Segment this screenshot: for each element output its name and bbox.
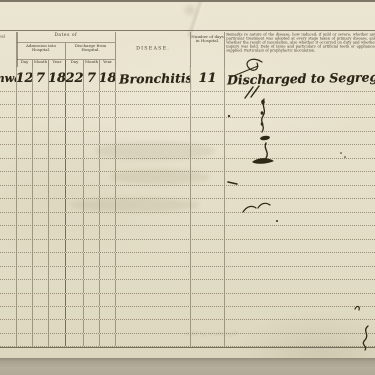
cell-discharge-year bbox=[100, 334, 116, 346]
cell-discharge-day bbox=[66, 172, 84, 184]
cell-discharge-year bbox=[100, 226, 116, 238]
header-discharge-month: Month bbox=[84, 60, 100, 67]
cell-days bbox=[191, 213, 225, 225]
cell-admission-year bbox=[49, 334, 66, 346]
cell-admission-year bbox=[49, 294, 66, 306]
cell-arrival: mwa bbox=[0, 67, 17, 91]
cell-arrival bbox=[0, 159, 17, 171]
cell-admission-day bbox=[17, 213, 33, 225]
cell-remarks bbox=[225, 145, 375, 157]
cell-admission-day bbox=[17, 280, 33, 292]
table-row bbox=[0, 294, 375, 307]
cell-days bbox=[191, 280, 225, 292]
cell-remarks bbox=[225, 199, 375, 211]
cell-admission-month bbox=[33, 226, 49, 238]
cell-admission-month bbox=[33, 199, 49, 211]
cell-admission-year bbox=[49, 320, 66, 332]
cell-discharge-day bbox=[66, 307, 84, 319]
cell-disease bbox=[116, 213, 191, 225]
cell-disease bbox=[116, 226, 191, 238]
header-discharge-year: Year bbox=[100, 60, 116, 67]
cell-discharge-day bbox=[66, 159, 84, 171]
cell-arrival bbox=[0, 213, 17, 225]
cell-remarks bbox=[225, 267, 375, 279]
cell-admission-month bbox=[33, 92, 49, 104]
table-row bbox=[0, 105, 375, 118]
cell-admission-month: 7 bbox=[33, 67, 49, 91]
cell-discharge-year bbox=[100, 213, 116, 225]
cell-admission-day bbox=[17, 159, 33, 171]
cell-admission-year bbox=[49, 172, 66, 184]
cell-discharge-month bbox=[84, 159, 100, 171]
cell-disease bbox=[116, 118, 191, 130]
cell-discharge-day bbox=[66, 92, 84, 104]
cell-discharge-month bbox=[84, 240, 100, 252]
cell-remarks bbox=[225, 186, 375, 198]
header-admission-day: Day bbox=[17, 60, 33, 67]
table-row bbox=[0, 186, 375, 199]
cell-days bbox=[191, 105, 225, 117]
cell-days bbox=[191, 294, 225, 306]
cell-days bbox=[191, 92, 225, 104]
cell-admission-month bbox=[33, 213, 49, 225]
cell-discharge-month bbox=[84, 307, 100, 319]
cell-remarks bbox=[225, 105, 375, 117]
cell-admission-day bbox=[17, 186, 33, 198]
cell-remarks bbox=[225, 159, 375, 171]
cell-discharge-day bbox=[66, 320, 84, 332]
header-admission-year: Year bbox=[49, 60, 66, 67]
cell-arrival bbox=[0, 105, 17, 117]
cell-arrival bbox=[0, 294, 17, 306]
cell-admission-day bbox=[17, 334, 33, 346]
bleedthrough-blob bbox=[95, 142, 215, 160]
cell-discharge-year bbox=[100, 240, 116, 252]
cell-discharge-year bbox=[100, 253, 116, 265]
cell-days bbox=[191, 132, 225, 144]
cell-remarks bbox=[225, 132, 375, 144]
cell-admission-month bbox=[33, 240, 49, 252]
cell-days bbox=[191, 253, 225, 265]
cell-arrival bbox=[0, 267, 17, 279]
cell-arrival bbox=[0, 118, 17, 130]
cell-admission-month bbox=[33, 334, 49, 346]
cell-admission-day bbox=[17, 118, 33, 130]
cell-discharge-day bbox=[66, 280, 84, 292]
cell-admission-year bbox=[49, 145, 66, 157]
cell-admission-month bbox=[33, 132, 49, 144]
cell-days bbox=[191, 226, 225, 238]
header-dates-of: Dates of bbox=[17, 32, 116, 43]
cell-days: 11 bbox=[191, 67, 225, 91]
cell-admission-year bbox=[49, 267, 66, 279]
cell-arrival bbox=[0, 320, 17, 332]
table-row bbox=[0, 253, 375, 266]
register-paper: Arrival the ion. Dates of Admission into… bbox=[0, 2, 375, 358]
cell-discharge-day bbox=[66, 186, 84, 198]
table-row bbox=[0, 213, 375, 226]
cell-admission-year bbox=[49, 92, 66, 104]
bleedthrough-signature-text: Signature of Man bbox=[178, 331, 238, 338]
cell-admission-day bbox=[17, 145, 33, 157]
cell-remarks bbox=[225, 334, 375, 346]
cell-discharge-month: 7 bbox=[84, 67, 100, 91]
table-row bbox=[0, 118, 375, 131]
cell-admission-day bbox=[17, 253, 33, 265]
cell-disease bbox=[116, 307, 191, 319]
cell-arrival bbox=[0, 92, 17, 104]
cell-discharge-month bbox=[84, 320, 100, 332]
cell-remarks bbox=[225, 92, 375, 104]
cell-discharge-day: 22 bbox=[66, 67, 84, 91]
cell-arrival bbox=[0, 240, 17, 252]
cell-disease bbox=[116, 105, 191, 117]
cell-remarks bbox=[225, 320, 375, 332]
cell-discharge-year bbox=[100, 294, 116, 306]
cell-admission-month bbox=[33, 145, 49, 157]
cell-discharge-year bbox=[100, 159, 116, 171]
cell-discharge-day bbox=[66, 267, 84, 279]
cell-discharge-month bbox=[84, 118, 100, 130]
cell-admission-day bbox=[17, 226, 33, 238]
cell-discharge-year bbox=[100, 320, 116, 332]
cell-admission-day bbox=[17, 105, 33, 117]
cell-arrival bbox=[0, 334, 17, 346]
cell-discharge-month bbox=[84, 280, 100, 292]
table-row bbox=[0, 92, 375, 105]
cell-admission-year bbox=[49, 105, 66, 117]
cell-admission-year bbox=[49, 240, 66, 252]
cell-discharge-day bbox=[66, 213, 84, 225]
table-row bbox=[0, 307, 375, 320]
cell-remarks bbox=[225, 240, 375, 252]
cell-discharge-month bbox=[84, 132, 100, 144]
cell-admission-month bbox=[33, 172, 49, 184]
cell-discharge-day bbox=[66, 253, 84, 265]
cell-remarks bbox=[225, 226, 375, 238]
cell-days bbox=[191, 267, 225, 279]
cell-discharge-month bbox=[84, 253, 100, 265]
cell-discharge-month bbox=[84, 92, 100, 104]
bleedthrough-blob bbox=[110, 170, 210, 184]
cell-admission-month bbox=[33, 267, 49, 279]
cell-discharge-month bbox=[84, 226, 100, 238]
cell-discharge-month bbox=[84, 172, 100, 184]
cell-admission-month bbox=[33, 253, 49, 265]
table-row: mwa 12 7 18 22 7 18 Bronchitis 11 Discha… bbox=[0, 67, 375, 92]
cell-remarks bbox=[225, 294, 375, 306]
cell-discharge-day bbox=[66, 145, 84, 157]
cell-admission-year: 18 bbox=[49, 67, 66, 91]
cell-disease bbox=[116, 240, 191, 252]
document-photo: Arrival the ion. Dates of Admission into… bbox=[0, 0, 375, 375]
cell-discharge-day bbox=[66, 294, 84, 306]
cell-arrival bbox=[0, 199, 17, 211]
cell-days bbox=[191, 186, 225, 198]
table-bottom-border bbox=[0, 347, 375, 349]
cell-days bbox=[191, 240, 225, 252]
photo-bottom-edge bbox=[0, 358, 375, 375]
cell-arrival bbox=[0, 280, 17, 292]
cell-discharge-day bbox=[66, 118, 84, 130]
cell-disease bbox=[116, 280, 191, 292]
cell-arrival bbox=[0, 253, 17, 265]
cell-discharge-day bbox=[66, 240, 84, 252]
cell-disease bbox=[116, 267, 191, 279]
register-table: Arrival the ion. Dates of Admission into… bbox=[0, 30, 375, 348]
cell-discharge-year bbox=[100, 132, 116, 144]
cell-remarks bbox=[225, 307, 375, 319]
table-row bbox=[0, 240, 375, 253]
paper-crease-smudge bbox=[182, 2, 198, 18]
cell-discharge-month bbox=[84, 213, 100, 225]
cell-discharge-year bbox=[100, 118, 116, 130]
cell-admission-month bbox=[33, 159, 49, 171]
header-remarks: Remarks re nature of the disease; how in… bbox=[225, 32, 375, 67]
cell-discharge-day bbox=[66, 132, 84, 144]
cell-arrival bbox=[0, 145, 17, 157]
header-admission: Admission into Hospital. bbox=[17, 43, 66, 60]
cell-disease bbox=[116, 294, 191, 306]
cell-discharge-year bbox=[100, 307, 116, 319]
header-disease: DISEASE. bbox=[116, 32, 191, 67]
header-discharge-day: Day bbox=[66, 60, 84, 67]
cell-disease: Bronchitis bbox=[116, 66, 191, 91]
cell-remarks bbox=[225, 118, 375, 130]
cell-remarks: Discharged to Segregation Camp bbox=[225, 65, 375, 92]
cell-admission-year bbox=[49, 213, 66, 225]
cell-disease bbox=[116, 186, 191, 198]
bleedthrough-blob bbox=[70, 198, 200, 212]
cell-admission-year bbox=[49, 280, 66, 292]
cell-days bbox=[191, 307, 225, 319]
cell-remarks bbox=[225, 280, 375, 292]
cell-arrival bbox=[0, 186, 17, 198]
cell-admission-month bbox=[33, 294, 49, 306]
cell-admission-year bbox=[49, 199, 66, 211]
cell-admission-day bbox=[17, 172, 33, 184]
cell-discharge-month bbox=[84, 186, 100, 198]
cell-admission-day bbox=[17, 240, 33, 252]
table-row bbox=[0, 226, 375, 239]
cell-discharge-year bbox=[100, 105, 116, 117]
cell-arrival bbox=[0, 172, 17, 184]
cell-disease bbox=[116, 92, 191, 104]
cell-admission-year bbox=[49, 118, 66, 130]
cell-days bbox=[191, 159, 225, 171]
table-row bbox=[0, 267, 375, 280]
cell-discharge-month bbox=[84, 334, 100, 346]
header-arrival-line1: Arrival bbox=[0, 34, 5, 39]
cell-admission-day bbox=[17, 199, 33, 211]
cell-discharge-year: 18 bbox=[100, 67, 116, 91]
cell-discharge-year bbox=[100, 186, 116, 198]
cell-admission-year bbox=[49, 186, 66, 198]
cell-remarks bbox=[225, 253, 375, 265]
cell-admission-month bbox=[33, 118, 49, 130]
cell-arrival bbox=[0, 307, 17, 319]
cell-admission-month bbox=[33, 280, 49, 292]
cell-admission-day: 12 bbox=[17, 67, 33, 91]
cell-disease bbox=[116, 253, 191, 265]
cell-admission-month bbox=[33, 320, 49, 332]
cell-discharge-day bbox=[66, 226, 84, 238]
cell-admission-day bbox=[17, 307, 33, 319]
header-arrival-column: Arrival the ion. bbox=[0, 32, 17, 67]
cell-admission-year bbox=[49, 307, 66, 319]
cell-admission-day bbox=[17, 294, 33, 306]
cell-discharge-year bbox=[100, 92, 116, 104]
table-row bbox=[0, 280, 375, 293]
cell-admission-month bbox=[33, 307, 49, 319]
cell-admission-day bbox=[17, 132, 33, 144]
cell-admission-year bbox=[49, 132, 66, 144]
cell-arrival bbox=[0, 226, 17, 238]
cell-remarks bbox=[225, 213, 375, 225]
cell-admission-month bbox=[33, 186, 49, 198]
cell-arrival bbox=[0, 132, 17, 144]
header-discharge: Discharge from Hospital. bbox=[66, 43, 116, 60]
cell-admission-year bbox=[49, 159, 66, 171]
cell-admission-day bbox=[17, 267, 33, 279]
cell-discharge-day bbox=[66, 105, 84, 117]
header-days-in-hospital: Number of days in Hospital. bbox=[191, 32, 225, 67]
cell-days bbox=[191, 118, 225, 130]
cell-discharge-year bbox=[100, 280, 116, 292]
cell-admission-day bbox=[17, 320, 33, 332]
header-admission-month: Month bbox=[33, 60, 49, 67]
cell-admission-year bbox=[49, 226, 66, 238]
cell-discharge-day bbox=[66, 334, 84, 346]
cell-admission-day bbox=[17, 92, 33, 104]
cell-discharge-month bbox=[84, 294, 100, 306]
cell-discharge-month bbox=[84, 105, 100, 117]
cell-discharge-month bbox=[84, 267, 100, 279]
cell-admission-month bbox=[33, 105, 49, 117]
cell-discharge-year bbox=[100, 267, 116, 279]
cell-remarks bbox=[225, 172, 375, 184]
cell-admission-year bbox=[49, 253, 66, 265]
